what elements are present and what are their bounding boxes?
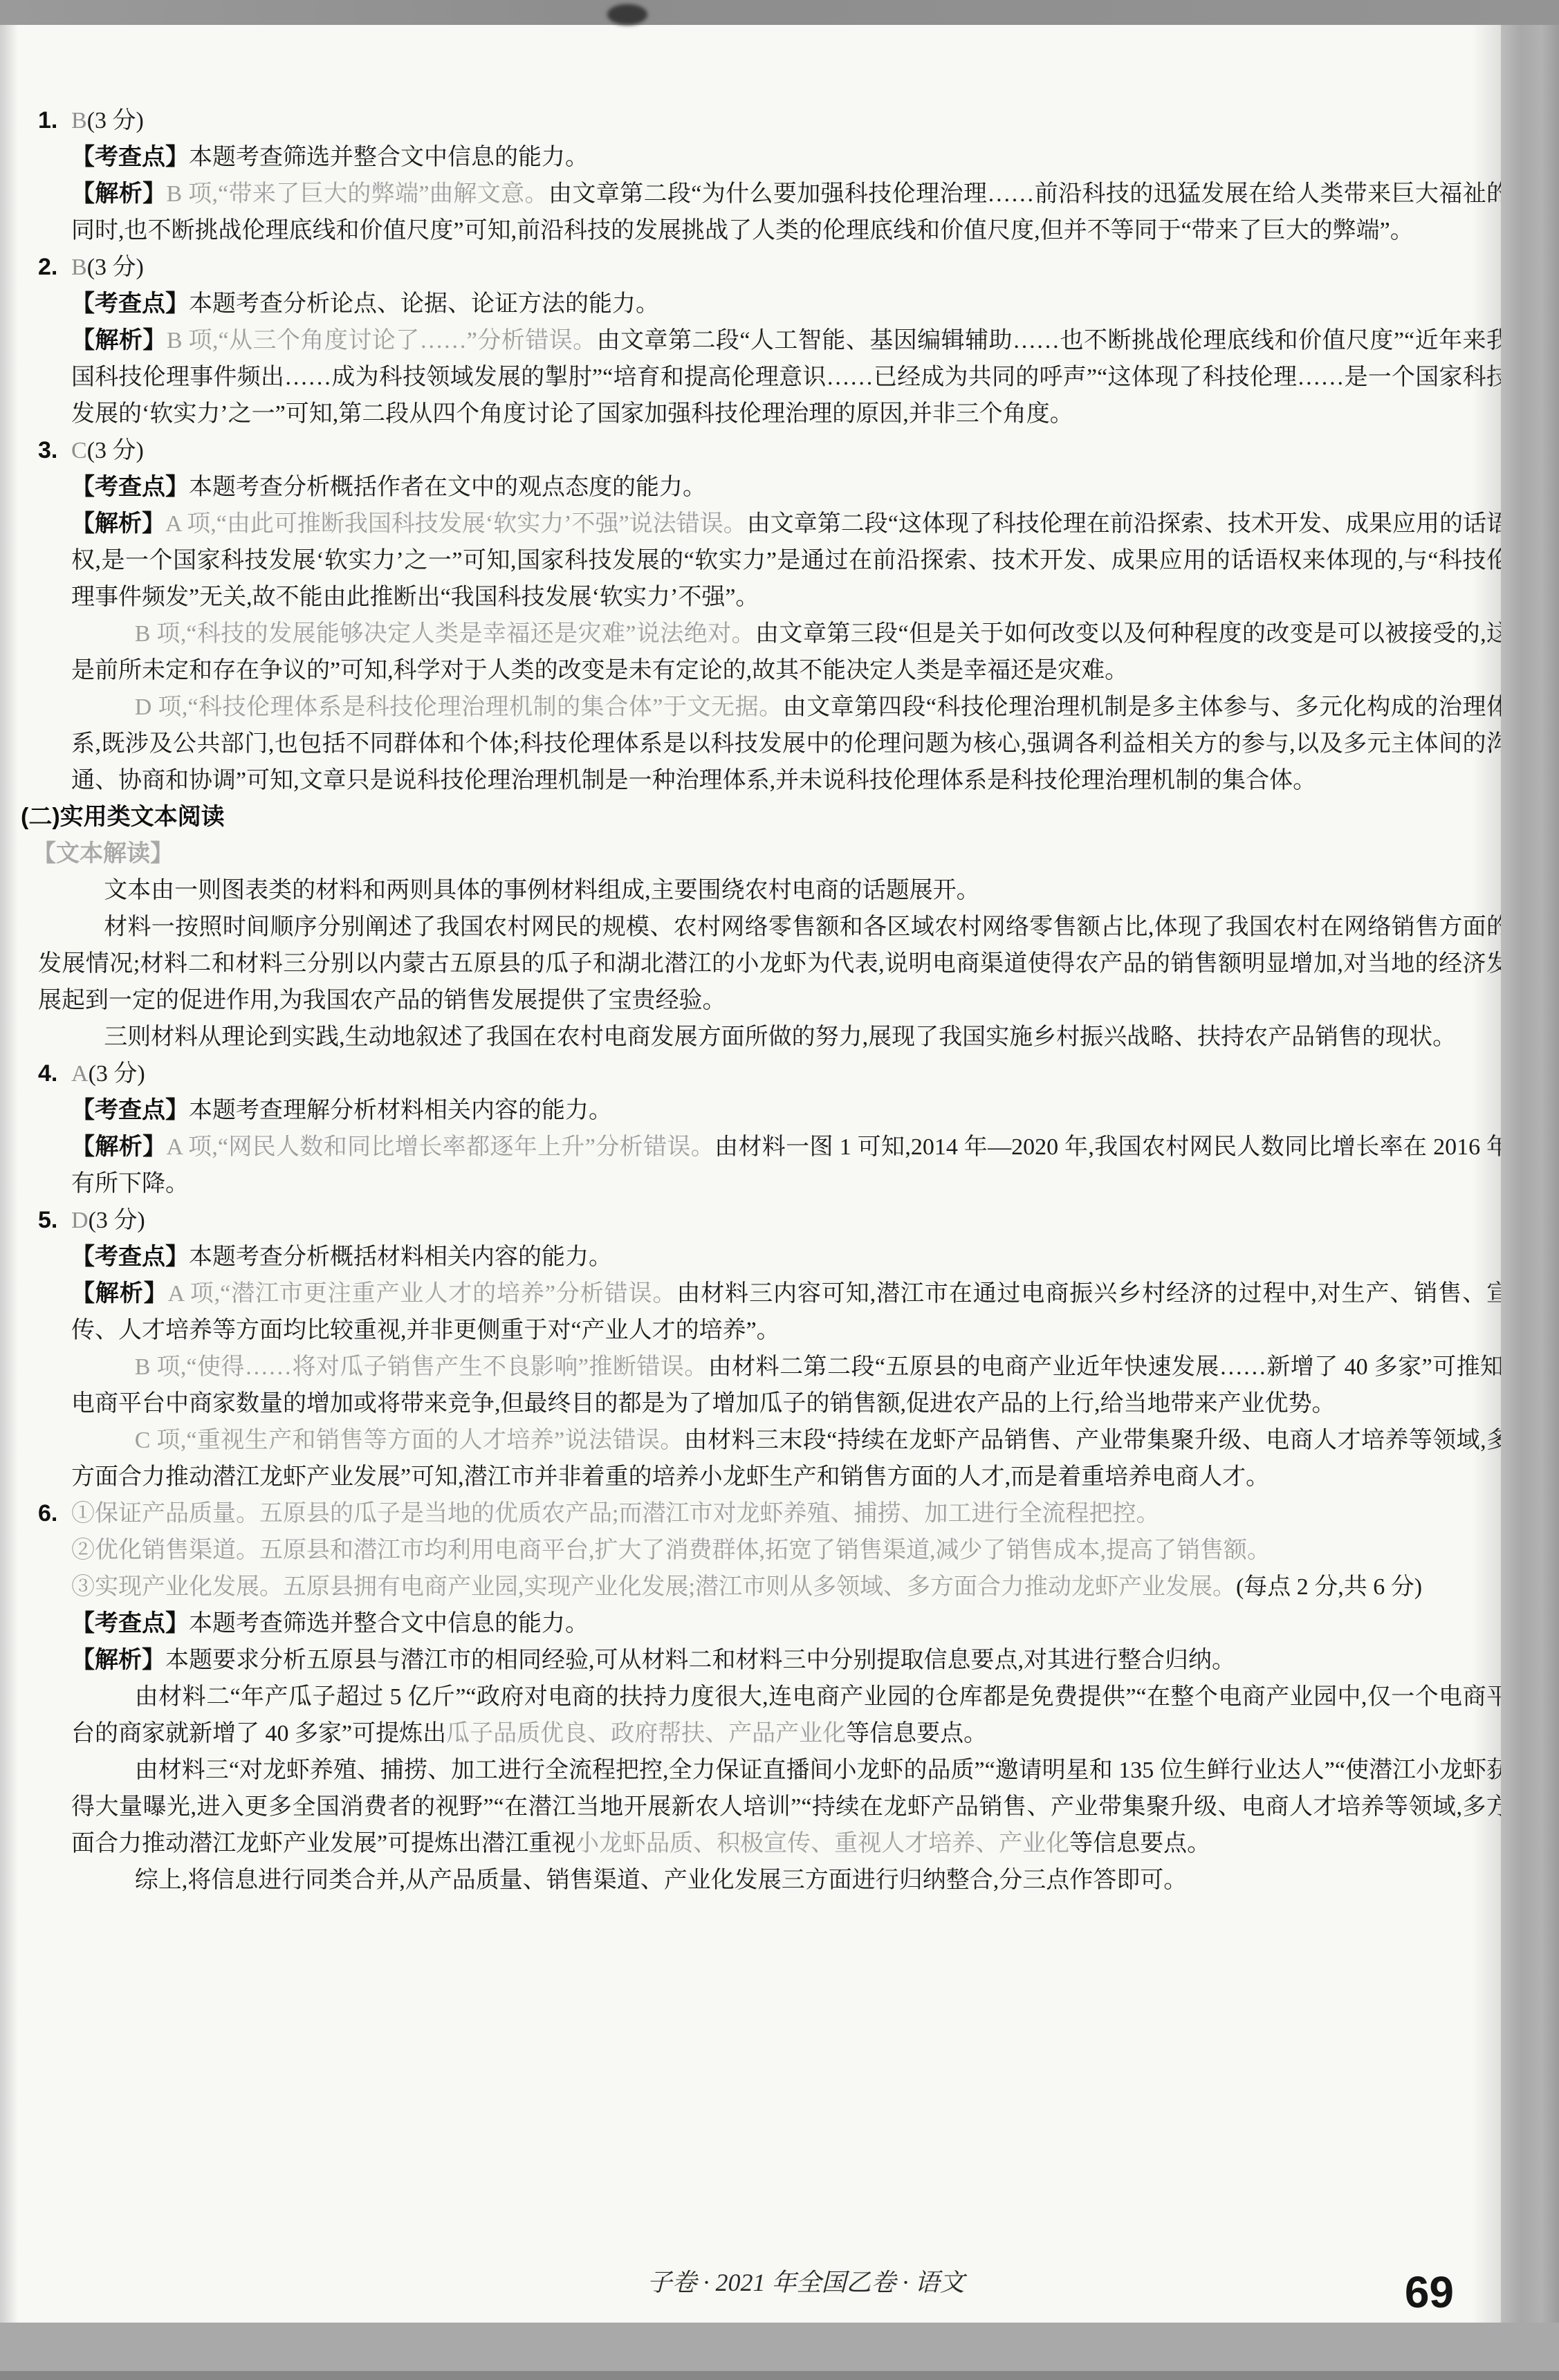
question-6-score-note: (每点 2 分,共 6 分) [1236,1574,1422,1600]
question-3-analysis-b: B 项,“科技的发展能够决定人类是幸福还是灾难”说法绝对。由文章第三段“但是关于… [71,616,1510,689]
analysis-label: 【解析】 [71,181,167,207]
question-4-answer-line: A(3 分) [71,1055,1510,1092]
question-1-analysis: 【解析】B 项,“带来了巨大的弊端”曲解文意。由文章第二段“为什么要加强科技伦理… [71,176,1510,249]
question-2-analysis: 【解析】B 项,“从三个角度讨论了……”分析错误。由文章第二段“人工智能、基因编… [71,322,1510,432]
question-1-answer-score: (3 分) [87,108,144,133]
page-number: 69 [1405,2270,1454,2314]
question-4-number: 4. [38,1055,57,1092]
question-3-answer-letter: C [71,438,87,463]
question-5-option-c-quote: C 项,“重视生产和销售等方面的人才培养”说法错误。 [135,1428,684,1453]
section-2-title: (二)实用类文本阅读 [21,799,1510,836]
question-6-material-3-paragraph: 由材料三“对龙虾养殖、捕捞、加工进行全流程把控,全力保证直播间小龙虾的品质”“邀… [71,1752,1510,1862]
analysis-label: 【解析】 [71,1647,165,1673]
question-6-answer-point-3: ③实现产业化发展。五原县拥有电商产业园,实现产业化发展;潜江市则从多领域、多方面… [71,1569,1510,1605]
question-6-exam-point-text: 本题考查筛选并整合文中信息的能力。 [189,1611,589,1636]
question-6-material-2-keypoints: 瓜子品质优良、政府帮扶、产品产业化 [446,1721,846,1746]
question-6-conclusion: 综上,将信息进行同类合并,从产品质量、销售渠道、产业化发展三方面进行归纳整合,分… [71,1862,1510,1899]
question-6-answer-point-2-text: ②优化销售渠道。五原县和潜江市均利用电商平台,扩大了消费群体,拓宽了销售渠道,减… [71,1538,1271,1563]
question-3-analysis-a: 【解析】A 项,“由此可推断我国科技发展‘软实力’不强”说法错误。由文章第二段“… [71,506,1510,616]
question-4-analysis: 【解析】A 项,“网民人数和同比增长率都逐年上升”分析错误。由材料一图 1 可知… [71,1129,1510,1202]
question-3-number: 3. [38,432,57,469]
text-interpretation-paragraph-3: 三则材料从理论到实践,生动地叙述了我国在农村电商发展方面所做的努力,展现了我国实… [38,1019,1510,1055]
exam-point-label: 【考查点】 [71,474,189,500]
question-5-number: 5. [38,1202,57,1239]
question-3-option-a-quote: A 项,“由此可推断我国科技发展‘软实力’不强”说法错误。 [165,511,747,537]
question-2-answer-letter: B [71,255,87,280]
page-right-edge-shadow [1472,25,1501,2323]
question-5-option-b-quote: B 项,“使得……将对瓜子销售产生不良影响”推断错误。 [135,1354,708,1380]
question-5-analysis-b: B 项,“使得……将对瓜子销售产生不良影响”推断错误。由材料二第二段“五原县的电… [71,1349,1510,1422]
question-1-exam-point: 【考查点】本题考查筛选并整合文中信息的能力。 [71,139,1510,176]
question-2-exam-point-text: 本题考查分析论点、论据、论证方法的能力。 [189,291,659,317]
question-1-answer-line: B(3 分) [71,102,1510,139]
question-4-exam-point: 【考查点】本题考查理解分析材料相关内容的能力。 [71,1092,1510,1129]
text-interpretation-paragraph-1: 文本由一则图表类的材料和两则具体的事例材料组成,主要围绕农村电商的话题展开。 [38,872,1510,909]
analysis-label: 【解析】 [71,1280,168,1307]
question-5-option-a-quote: A 项,“潜江市更注重产业人才的培养”分析错误。 [168,1281,677,1307]
question-6-number: 6. [38,1495,57,1532]
question-3-exam-point: 【考查点】本题考查分析概括作者在文中的观点态度的能力。 [71,469,1510,506]
question-1-analysis-quote: B 项,“带来了巨大的弊端”曲解文意。 [167,181,548,207]
question-6-answer-point-3-text: ③实现产业化发展。五原县拥有电商产业园,实现产业化发展;潜江市则从多领域、多方面… [71,1574,1236,1600]
question-6-answer-point-2: ②优化销售渠道。五原县和潜江市均利用电商平台,扩大了消费群体,拓宽了销售渠道,减… [71,1532,1510,1569]
scan-artifact-blob [607,4,647,25]
question-2-answer-line: B(3 分) [71,249,1510,286]
question-3-exam-point-text: 本题考查分析概括作者在文中的观点态度的能力。 [189,474,706,500]
question-4: 4. A(3 分) 【考查点】本题考查理解分析材料相关内容的能力。 【解析】A … [38,1055,1510,1202]
question-5-answer-line: D(3 分) [71,1202,1510,1239]
question-2-exam-point: 【考查点】本题考查分析论点、论据、论证方法的能力。 [71,286,1510,322]
question-3-analysis-d: D 项,“科技伦理体系是科技伦理治理机制的集合体”于文无据。由文章第四段“科技伦… [71,689,1510,799]
question-6-exam-point: 【考查点】本题考查筛选并整合文中信息的能力。 [71,1605,1510,1642]
question-6-analysis-intro-text: 本题要求分析五原县与潜江市的相同经验,可从材料二和材料三中分别提取信息要点,对其… [165,1648,1235,1673]
question-5-analysis-c: C 项,“重视生产和销售等方面的人才培养”说法错误。由材料三末段“持续在龙虾产品… [71,1422,1510,1495]
text-interpretation-label-line: 【文本解读】 [33,836,1510,872]
scan-top-band [0,0,1559,25]
question-3-answer-score: (3 分) [87,438,144,463]
scan-right-band [1501,0,1559,2380]
question-4-answer-score: (3 分) [89,1061,145,1087]
question-2: 2. B(3 分) 【考查点】本题考查分析论点、论据、论证方法的能力。 【解析】… [38,249,1510,432]
question-6: 6. ①保证产品质量。五原县的瓜子是当地的优质农产品;而潜江市对龙虾养殖、捕捞、… [38,1495,1510,1899]
question-5-answer-score: (3 分) [89,1208,145,1233]
question-1-answer-letter: B [71,108,87,133]
text-interpretation-label: 【文本解读】 [33,840,174,867]
question-5-answer-letter: D [71,1208,89,1233]
question-6-material-2-text-2: 等信息要点。 [846,1721,987,1746]
exam-point-label: 【考查点】 [71,290,189,317]
question-1-number: 1. [38,102,57,139]
analysis-label: 【解析】 [71,1134,166,1160]
question-6-answer-point-1: ①保证产品质量。五原县的瓜子是当地的优质农产品;而潜江市对龙虾养殖、捕捞、加工进… [71,1495,1510,1532]
question-5-exam-point: 【考查点】本题考查分析概括材料相关内容的能力。 [71,1239,1510,1275]
question-2-number: 2. [38,249,57,286]
question-2-analysis-quote: B 项,“从三个角度讨论了……”分析错误。 [167,328,597,353]
question-3-option-b-quote: B 项,“科技的发展能够决定人类是幸福还是灾难”说法绝对。 [135,621,755,647]
scanned-answer-page: { "page": { "labels": { "kcd": "【考查点】", … [0,0,1559,2380]
exam-point-label: 【考查点】 [71,144,189,170]
question-1-exam-point-text: 本题考查筛选并整合文中信息的能力。 [189,145,589,170]
question-6-analysis-intro: 【解析】本题要求分析五原县与潜江市的相同经验,可从材料二和材料三中分别提取信息要… [71,1642,1510,1679]
question-6-material-2-paragraph: 由材料二“年产瓜子超过 5 亿斤”“政府对电商的扶持力度很大,连电商产业园的仓库… [71,1679,1510,1752]
question-6-material-3-text-2: 等信息要点。 [1069,1831,1210,1856]
question-4-analysis-quote: A 项,“网民人数和同比增长率都逐年上升”分析错误。 [166,1134,714,1160]
question-4-answer-letter: A [71,1061,89,1087]
question-5-exam-point-text: 本题考查分析概括材料相关内容的能力。 [189,1244,612,1270]
question-6-material-3-keypoints: 小龙虾品质、积极宣传、重视人才培养、产业化 [575,1831,1069,1856]
text-interpretation-paragraph-2: 材料一按照时间顺序分别阐述了我国农村网民的规模、农村网络零售额和各区域农村网络零… [38,909,1510,1019]
question-5: 5. D(3 分) 【考查点】本题考查分析概括材料相关内容的能力。 【解析】A … [38,1202,1510,1495]
question-4-exam-point-text: 本题考查理解分析材料相关内容的能力。 [189,1098,612,1123]
page-left-edge-shadow [0,0,18,2380]
scan-bottom-dark-strip [0,2371,1559,2380]
question-6-answer-point-1-text: ①保证产品质量。五原县的瓜子是当地的优质农产品;而潜江市对龙虾养殖、捕捞、加工进… [71,1501,1159,1526]
answer-key-content: 1. B(3 分) 【考查点】本题考查筛选并整合文中信息的能力。 【解析】B 项… [38,102,1510,1899]
analysis-label: 【解析】 [71,327,167,353]
question-3-option-d-quote: D 项,“科技伦理体系是科技伦理治理机制的集合体”于文无据。 [135,694,783,720]
question-2-answer-score: (3 分) [87,255,144,280]
page-footer-title: 子卷 · 2021 年全国乙卷 · 语文 [111,2263,1501,2298]
exam-point-label: 【考查点】 [71,1097,189,1123]
question-1: 1. B(3 分) 【考查点】本题考查筛选并整合文中信息的能力。 【解析】B 项… [38,102,1510,249]
exam-point-label: 【考查点】 [71,1610,189,1636]
question-5-analysis-a: 【解析】A 项,“潜江市更注重产业人才的培养”分析错误。由材料三内容可知,潜江市… [71,1275,1510,1349]
question-3: 3. C(3 分) 【考查点】本题考查分析概括作者在文中的观点态度的能力。 【解… [38,432,1510,799]
exam-point-label: 【考查点】 [71,1244,189,1270]
analysis-label: 【解析】 [71,510,165,537]
question-3-answer-line: C(3 分) [71,432,1510,469]
